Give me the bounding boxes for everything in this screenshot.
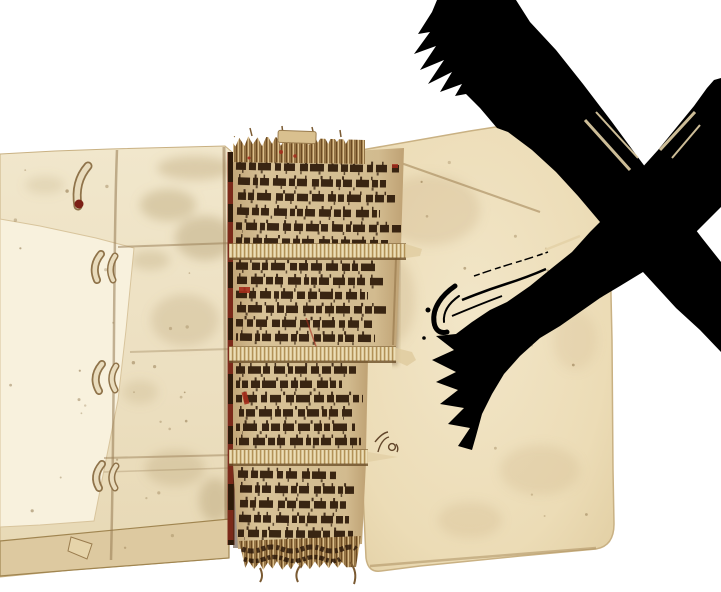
sewing-band-2: [229, 346, 416, 366]
thong-maroon-tip: [75, 200, 84, 209]
manuscript-photo-canvas: [0, 0, 721, 592]
frayed-endband-top: [230, 126, 365, 164]
sewing-band-1: [229, 243, 422, 260]
frayed-edge-bottom: [239, 536, 361, 584]
left-cover: [0, 146, 235, 577]
manuscript-photo: [0, 0, 721, 592]
endband-tab: [278, 130, 316, 143]
